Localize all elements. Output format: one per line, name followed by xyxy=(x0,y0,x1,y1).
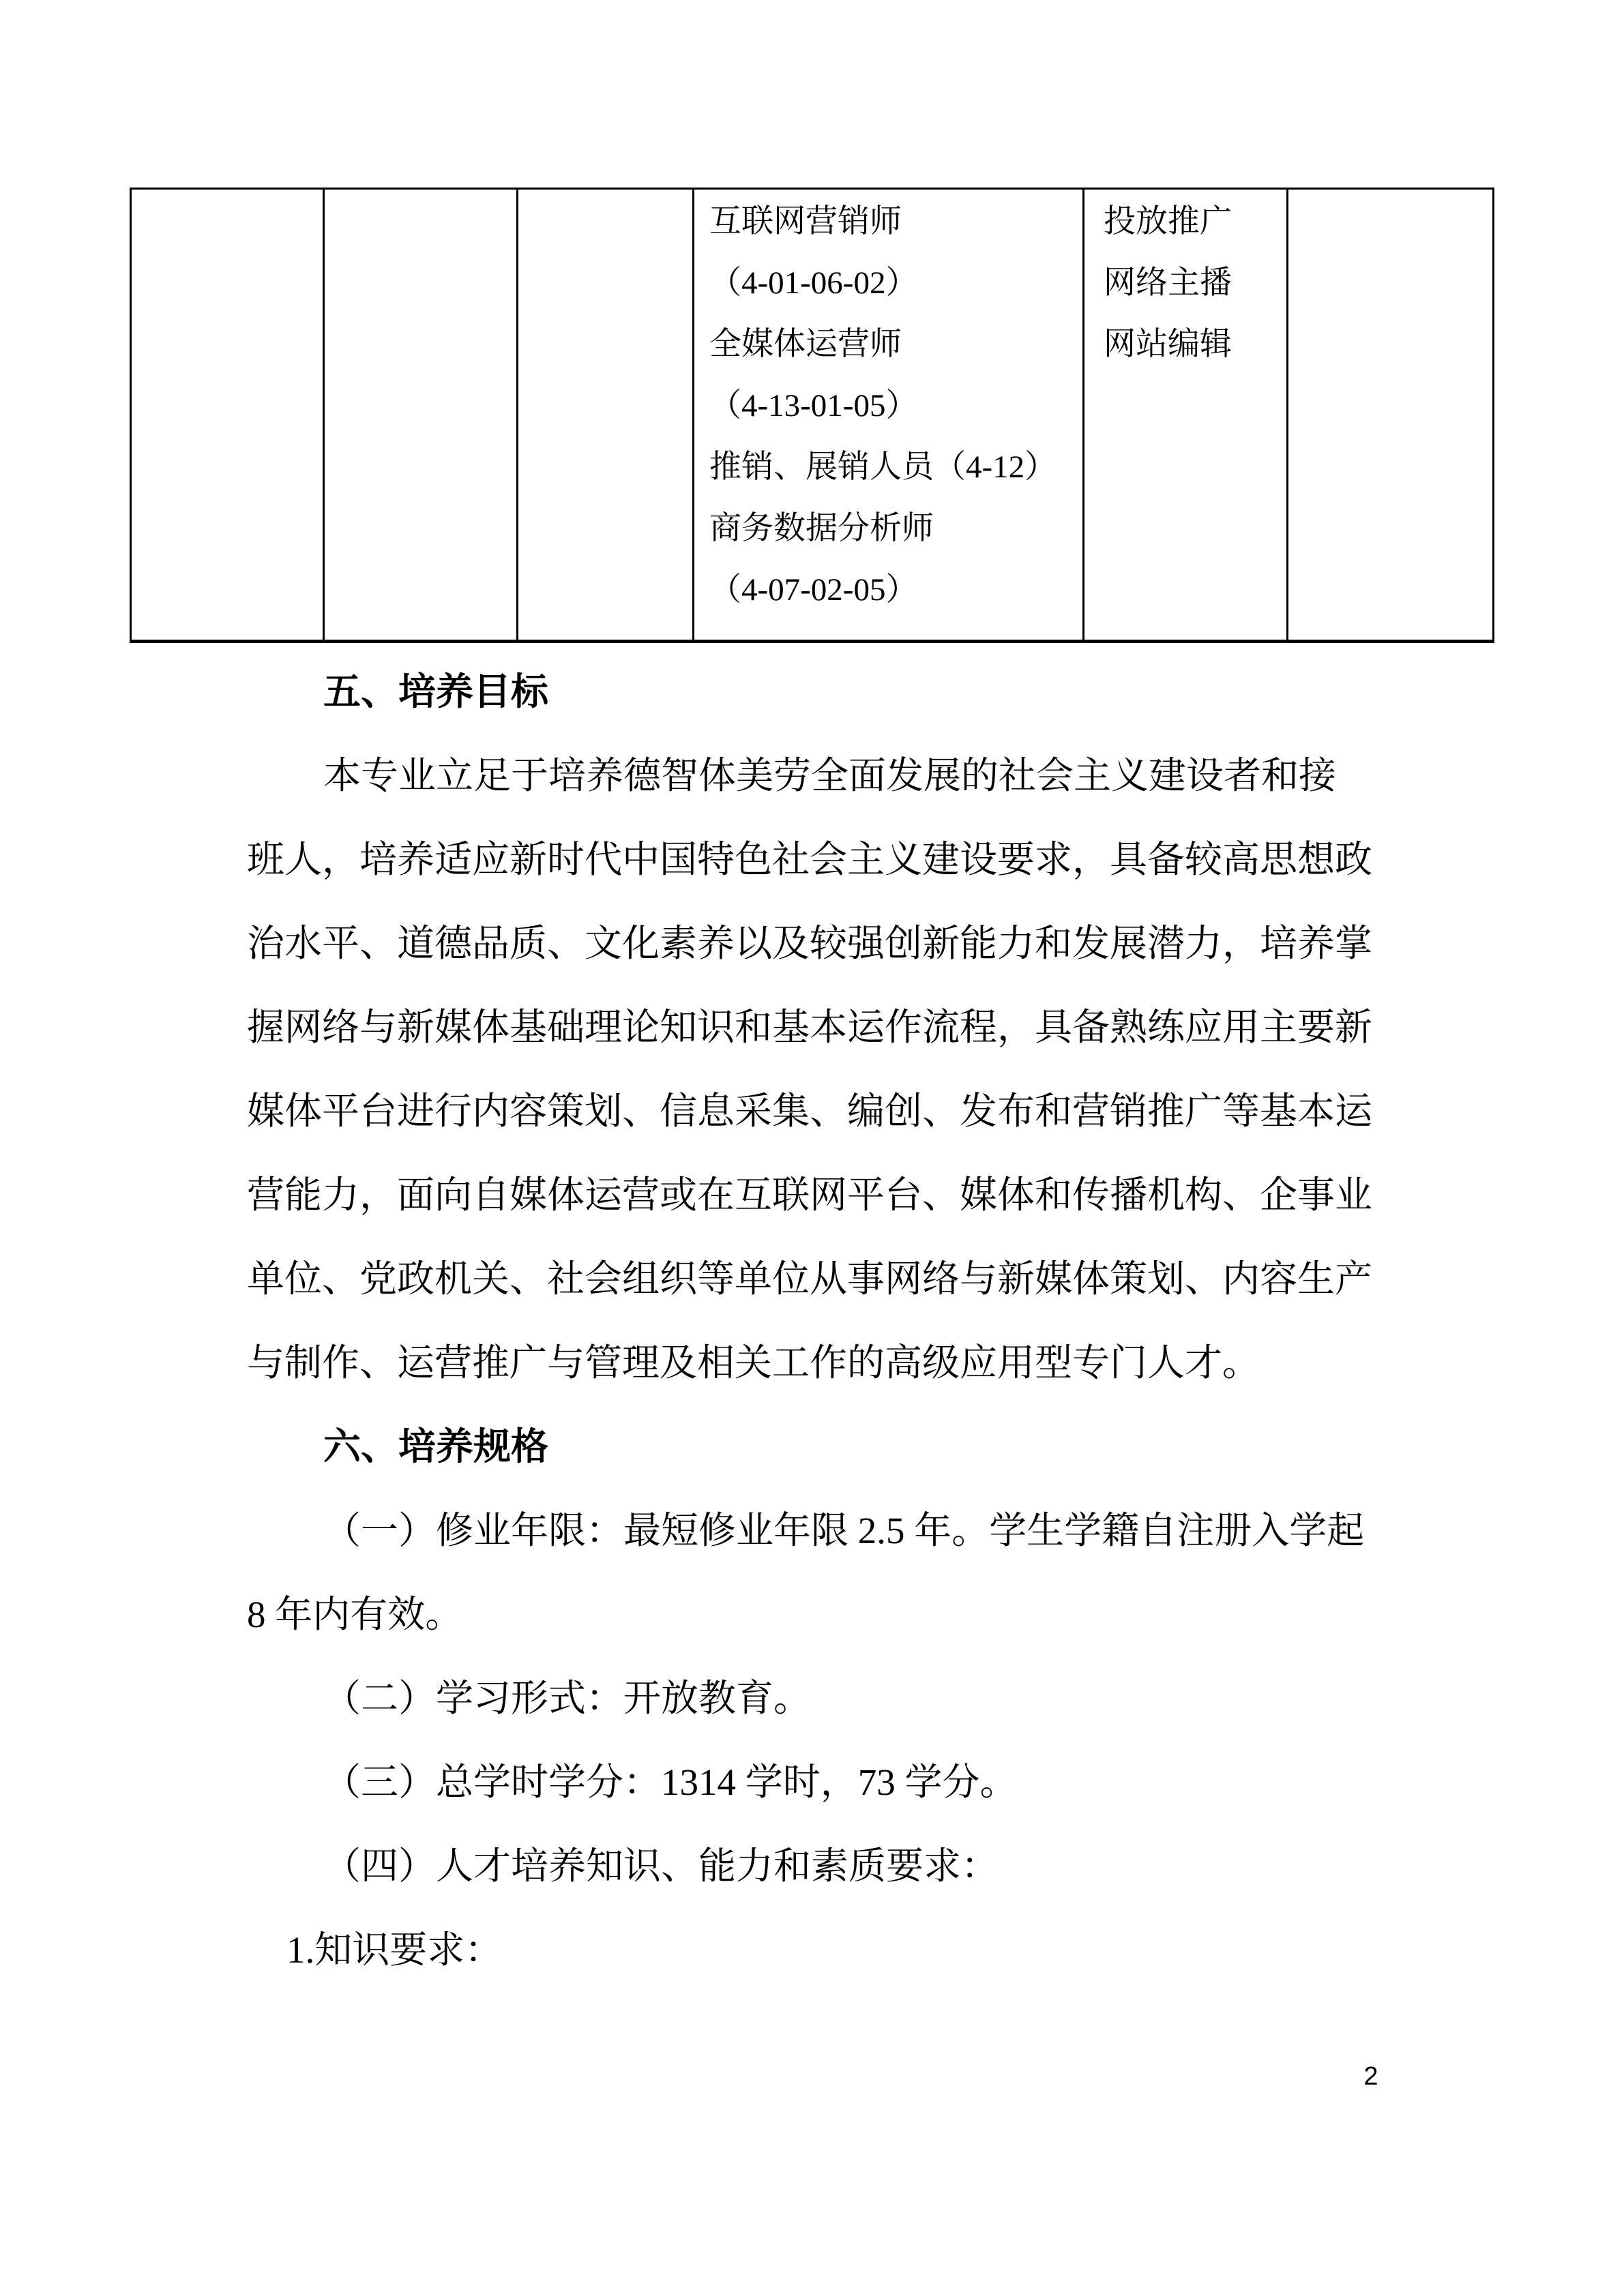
paragraph-line: 握网络与新媒体基础理论知识和基本运作流程，具备熟练应用主要新 xyxy=(247,985,1386,1069)
table-cell-job-posts: 投放推广 网络主播 网站编辑 xyxy=(1084,190,1288,640)
item-line-knowledge-requirements: 1.知识要求： xyxy=(247,1908,1386,1992)
occupation-line: 推销、展销人员（4-12） xyxy=(709,436,1082,498)
item-line-study-years-cont: 8 年内有效。 xyxy=(247,1572,1386,1656)
job-post-line: 网络主播 xyxy=(1104,252,1286,314)
occupation-code-line: （4-07-02-05） xyxy=(709,559,1082,621)
paragraph-line: 营能力，面向自媒体运营或在互联网平台、媒体和传播机构、企事业 xyxy=(247,1153,1386,1237)
item-line-study-years: （一）修业年限：最短修业年限 2.5 年。学生学籍自注册入学起 xyxy=(247,1489,1386,1572)
paragraph-line: 与制作、运营推广与管理及相关工作的高级应用型专门人才。 xyxy=(247,1321,1386,1405)
job-post-line: 投放推广 xyxy=(1104,191,1286,252)
table-cell-empty-1 xyxy=(132,190,325,640)
item-line-requirements: （四）人才培养知识、能力和素质要求： xyxy=(247,1824,1386,1908)
occupation-line: 互联网营销师 xyxy=(709,191,1082,252)
page-number: 2 xyxy=(1337,2057,1405,2096)
occupation-line: 商务数据分析师 xyxy=(709,498,1082,559)
occupation-code-line: （4-01-06-02） xyxy=(709,252,1082,314)
document-page: 互联网营销师 （4-01-06-02） 全媒体运营师 （4-13-01-05） … xyxy=(0,0,1624,2296)
paragraph-line: 本专业立足于培养德智体美劳全面发展的社会主义建设者和接 xyxy=(247,734,1386,818)
document-body: 五、培养目标 本专业立足于培养德智体美劳全面发展的社会主义建设者和接 班人，培养… xyxy=(247,650,1386,1992)
section-heading-5: 五、培养目标 xyxy=(247,650,1386,734)
section-heading-6: 六、培养规格 xyxy=(247,1405,1386,1489)
paragraph-line: 媒体平台进行内容策划、信息采集、编创、发布和营销推广等基本运 xyxy=(247,1069,1386,1153)
table-cell-empty-6 xyxy=(1288,190,1492,640)
occupation-table: 互联网营销师 （4-01-06-02） 全媒体运营师 （4-13-01-05） … xyxy=(130,188,1494,643)
table-cell-empty-2 xyxy=(325,190,518,640)
paragraph-line: 单位、党政机关、社会组织等单位从事网络与新媒体策划、内容生产 xyxy=(247,1237,1386,1321)
item-line-total-hours-credits: （三）总学时学分：1314 学时，73 学分。 xyxy=(247,1740,1386,1824)
table-cell-occupation-codes: 互联网营销师 （4-01-06-02） 全媒体运营师 （4-13-01-05） … xyxy=(694,190,1084,640)
occupation-line: 全媒体运营师 xyxy=(709,314,1082,375)
item-line-study-form: （二）学习形式：开放教育。 xyxy=(247,1656,1386,1740)
table-cell-empty-3 xyxy=(518,190,694,640)
occupation-code-line: （4-13-01-05） xyxy=(709,375,1082,436)
paragraph-line: 班人，培养适应新时代中国特色社会主义建设要求，具备较高思想政 xyxy=(247,818,1386,901)
paragraph-line: 治水平、道德品质、文化素养以及较强创新能力和发展潜力，培养掌 xyxy=(247,901,1386,985)
job-post-line: 网站编辑 xyxy=(1104,314,1286,375)
